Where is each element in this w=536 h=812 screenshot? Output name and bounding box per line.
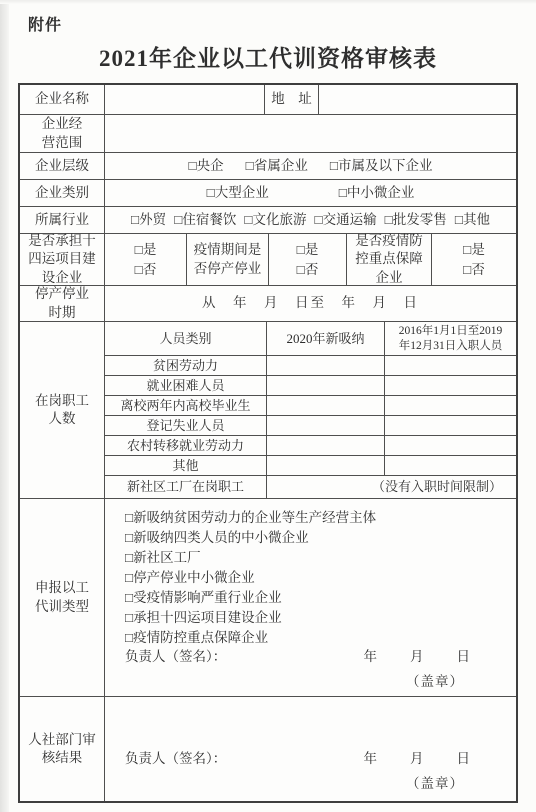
q1-label-line1: 是否承担十 [28,232,96,250]
declare-sign-label: 负责人（签名）： [125,648,226,666]
checkbox-new-four-categories-smb[interactable]: □新吸纳四类人员的中小微企业 [125,528,502,548]
review-sign-label: 负责人（签名）： [125,750,226,768]
staff-value-2020[interactable] [267,456,385,475]
checkbox-new-poor-labor-entity[interactable]: □新吸纳贫困劳动力的企业等生产经营主体 [125,508,502,528]
row-yes-no-questions: 是否承担十 四运项目建 设企业 □是 □否 疫情期间是 否停产停业 □是 □否 … [20,234,516,286]
shutdown-period-label-line1: 停产停业 [35,285,89,303]
address-label: 地 址 [265,85,319,114]
q2-answer: □是 □否 [269,234,347,285]
checkbox-shutdown-smb[interactable]: □停产停业中小微企业 [125,568,502,588]
enterprise-category-label: 企业类别 [20,180,105,206]
staff-header-2016-line1: 2016年1月1日至2019 [399,324,503,339]
staff-value-2016[interactable] [385,376,516,395]
checkbox-q1-no[interactable]: □否 [135,260,157,280]
declare-type-label-line1: 申报以工 [35,579,89,597]
review-signature-block: 负责人（签名）： 年 月 日 （盖章） [125,750,502,793]
business-scope-label: 企业经 营范围 [20,115,105,152]
hr-review-content: 负责人（签名）： 年 月 日 （盖章） [105,697,516,801]
row-company-name: 企业名称 地 址 [20,85,516,115]
checkbox-q1-yes[interactable]: □是 [135,240,157,260]
checkbox-q2-yes[interactable]: □是 [297,240,319,260]
checkbox-new-community-factory[interactable]: □新社区工厂 [125,548,502,568]
q3-label: 是否疫情防 控重点保障 企业 [347,234,432,285]
staff-header-category: 人员类别 [105,322,267,355]
staff-value-2020[interactable] [267,436,385,455]
shutdown-period-field[interactable]: 从 年 月 日至 年 月 日 [105,286,516,321]
checkbox-epidemic-key-support[interactable]: □疫情防控重点保障企业 [125,628,502,648]
declare-signature-block: 负责人（签名）： 年 月 日 （盖章） [125,648,502,691]
checkbox-culture-tourism[interactable]: □文化旅游 [244,211,306,229]
staff-category-label: 农村转移就业劳动力 [105,436,267,455]
staff-header-row: 人员类别 2020年新吸纳 2016年1月1日至2019 年12月31日入职人员 [105,322,516,356]
staff-value-2016[interactable] [385,356,516,375]
checkbox-smb-enterprise[interactable]: □中小微企业 [339,184,415,202]
declare-seal-label: （盖章） [125,673,502,691]
checkbox-province-enterprise[interactable]: □省属企业 [246,157,308,175]
shutdown-period-label: 停产停业 时期 [20,286,105,321]
declare-signature-line: 负责人（签名）： 年 月 日 [125,648,502,666]
staff-category-label: 离校两年内高校毕业生 [105,396,267,415]
checkbox-wholesale-retail[interactable]: □批发零售 [385,211,447,229]
section-declare-type: 申报以工 代训类型 □新吸纳贫困劳动力的企业等生产经营主体 □新吸纳四类人员的中… [20,499,516,697]
declare-type-content: □新吸纳贫困劳动力的企业等生产经营主体 □新吸纳四类人员的中小微企业 □新社区工… [105,499,516,696]
checkbox-foreign-trade[interactable]: □外贸 [131,211,166,229]
q2-label-line2: 否停产停业 [194,260,262,278]
section-hr-review: 人社部门审 核结果 负责人（签名）： 年 月 日 （盖章） [20,697,516,801]
shutdown-period-label-line2: 时期 [49,304,76,322]
staff-value-2016[interactable] [385,456,516,475]
business-scope-label-line2: 营范围 [42,134,83,152]
q2-label-line1: 疫情期间是 [194,241,262,259]
staff-header-2016-2019: 2016年1月1日至2019 年12月31日入职人员 [385,322,516,355]
checkbox-large-enterprise[interactable]: □大型企业 [207,184,269,202]
checkbox-14th-games-project[interactable]: □承担十四运项目建设企业 [125,608,502,628]
staff-section-label: 在岗职工 人数 [20,322,105,498]
checkbox-city-and-below-enterprise[interactable]: □市属及以下企业 [330,157,433,175]
q3-label-line1: 是否疫情防 [355,232,423,250]
review-signature-line: 负责人（签名）： 年 月 日 [125,750,502,768]
checkbox-q3-yes[interactable]: □是 [463,240,485,260]
checkbox-transportation[interactable]: □交通运输 [315,211,377,229]
staff-value-2020[interactable] [267,416,385,435]
q1-label-line3: 设企业 [42,269,83,287]
business-scope-label-line1: 企业经 [42,115,83,133]
staff-value-2016[interactable] [385,416,516,435]
enterprise-level-options: □央企 □省属企业 □市属及以下企业 [105,153,516,179]
staff-value-2020[interactable] [267,356,385,375]
business-scope-field[interactable] [105,115,516,152]
q3-label-line3: 企业 [376,269,403,287]
staff-section-label-line1: 在岗职工 [35,392,89,410]
attachment-label: 附件 [28,12,62,35]
staff-category-label: 新社区工厂在岗职工 [105,476,267,498]
section-staff-counts: 在岗职工 人数 人员类别 2020年新吸纳 2016年1月1日至2019 年12… [20,322,516,499]
checkbox-q2-no[interactable]: □否 [297,260,319,280]
staff-category-label: 贫困劳动力 [105,356,267,375]
company-name-field[interactable] [105,85,265,114]
declare-options: □新吸纳贫困劳动力的企业等生产经营主体 □新吸纳四类人员的中小微企业 □新社区工… [125,508,502,648]
row-industry: 所属行业 □外贸 □住宿餐饮 □文化旅游 □交通运输 □批发零售 □其他 [20,207,516,234]
checkbox-q3-no[interactable]: □否 [463,260,485,280]
staff-no-time-limit-note: （没有入职时间限制） [267,476,516,498]
staff-category-label: 其他 [105,456,267,475]
q2-label: 疫情期间是 否停产停业 [187,234,269,285]
staff-value-2020[interactable] [267,396,385,415]
checkbox-central-enterprise[interactable]: □央企 [189,157,224,175]
hr-review-label: 人社部门审 核结果 [20,697,105,801]
staff-row-graduates: 离校两年内高校毕业生 [105,396,516,416]
q1-label: 是否承担十 四运项目建 设企业 [20,234,105,285]
staff-value-2020[interactable] [267,376,385,395]
staff-row-rural-labor: 农村转移就业劳动力 [105,436,516,456]
staff-value-2016[interactable] [385,436,516,455]
q1-label-line2: 四运项目建 [28,250,96,268]
staff-row-community-factory: 新社区工厂在岗职工 （没有入职时间限制） [105,476,516,498]
row-enterprise-category: 企业类别 □大型企业 □中小微企业 [20,180,516,207]
staff-table: 人员类别 2020年新吸纳 2016年1月1日至2019 年12月31日入职人员… [105,322,516,498]
staff-row-poor-labor: 贫困劳动力 [105,356,516,376]
staff-row-registered-unemployed: 登记失业人员 [105,416,516,436]
declare-date-label: 年 月 日 [364,648,473,666]
q1-answer: □是 □否 [105,234,187,285]
staff-header-2016-line2: 年12月31日入职人员 [399,339,503,354]
q3-label-line2: 控重点保障 [355,250,423,268]
staff-row-employment-difficulty: 就业困难人员 [105,376,516,396]
declare-type-label: 申报以工 代训类型 [20,499,105,696]
q3-answer: □是 □否 [432,234,516,285]
hr-review-label-line2: 核结果 [42,749,83,767]
staff-row-other: 其他 [105,456,516,476]
page-title: 2021年企业以工代训资格审核表 [0,40,536,73]
checkbox-other-industry[interactable]: □其他 [455,211,490,229]
scan-edge-top [0,0,536,4]
enterprise-category-options: □大型企业 □中小微企业 [105,180,516,206]
form-table: 企业名称 地 址 企业经 营范围 企业层级 □央企 □省属企业 □市属及以下企业… [18,83,518,803]
review-seal-label: （盖章） [125,775,502,793]
row-enterprise-level: 企业层级 □央企 □省属企业 □市属及以下企业 [20,153,516,180]
staff-category-label: 就业困难人员 [105,376,267,395]
scan-edge-left [0,0,9,812]
industry-options: □外贸 □住宿餐饮 □文化旅游 □交通运输 □批发零售 □其他 [105,207,516,233]
staff-header-2020: 2020年新吸纳 [267,322,385,355]
enterprise-level-label: 企业层级 [20,153,105,179]
row-shutdown-period: 停产停业 时期 从 年 月 日至 年 月 日 [20,286,516,322]
review-date-label: 年 月 日 [364,750,473,768]
declare-type-label-line2: 代训类型 [35,598,89,616]
staff-category-label: 登记失业人员 [105,416,267,435]
address-field[interactable] [319,85,516,114]
checkbox-epidemic-affected-industry[interactable]: □受疫情影响严重行业企业 [125,588,502,608]
company-name-label: 企业名称 [20,85,105,114]
staff-section-label-line2: 人数 [49,410,76,428]
industry-label: 所属行业 [20,207,105,233]
hr-review-label-line1: 人社部门审 [28,731,96,749]
checkbox-hotel-catering[interactable]: □住宿餐饮 [174,211,236,229]
staff-value-2016[interactable] [385,396,516,415]
row-business-scope: 企业经 营范围 [20,115,516,153]
